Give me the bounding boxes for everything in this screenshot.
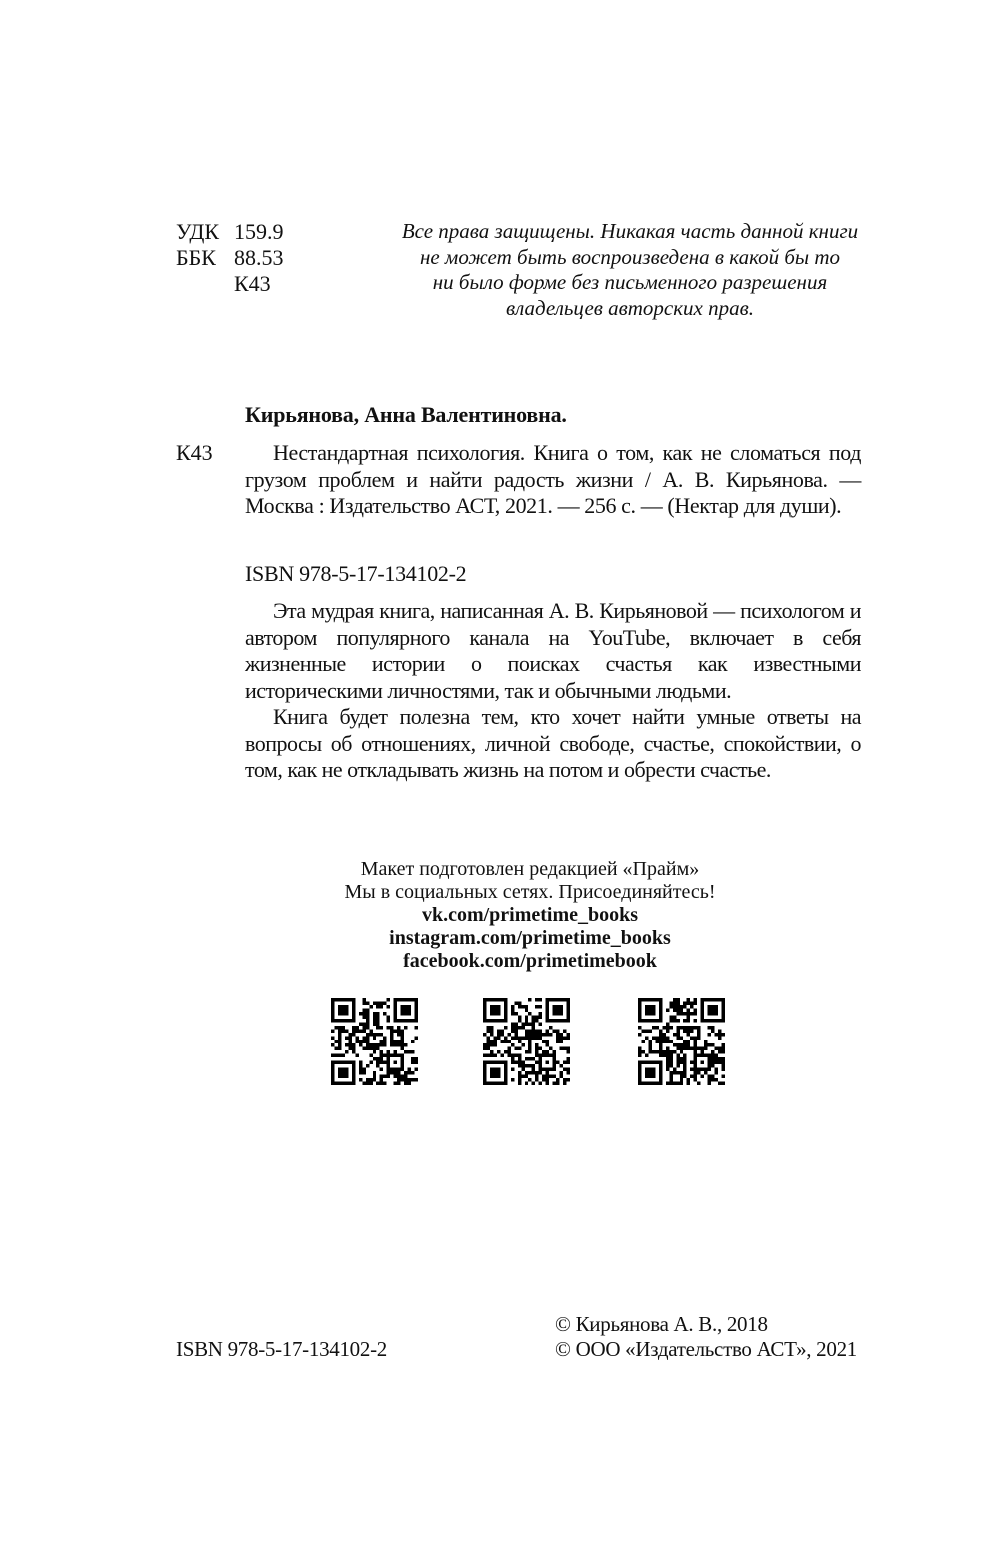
- qr-code-icon: [638, 998, 725, 1085]
- bbk-label: ББК: [176, 245, 234, 271]
- instagram-qr-code[interactable]: [483, 998, 570, 1085]
- author-mark: К43: [234, 271, 271, 297]
- udk-label: УДК: [176, 219, 234, 245]
- layout-note: Макет подготовлен редакцией «Прайм»: [290, 858, 770, 881]
- copyright-author: © Кирьянова А. В., 2018: [555, 1312, 857, 1337]
- author-heading: Кирьянова, Анна Валентиновна.: [245, 402, 567, 428]
- annotation-paragraph: Эта мудрая книга, написанная А. В. Кирья…: [245, 598, 861, 704]
- copyright-publisher: © ООО «Издательство АСТ», 2021: [555, 1337, 857, 1362]
- rights-line: ни было форме без письменного разрешения: [390, 270, 870, 296]
- bibliographic-description: Нестандартная психология. Книга о том, к…: [245, 440, 861, 520]
- udk-value: 159.9: [234, 219, 284, 245]
- rights-line: не может быть воспроизведена в какой бы …: [390, 245, 870, 271]
- rights-notice: Все права защищены. Никакая часть данной…: [390, 219, 870, 321]
- bbk-value: 88.53: [234, 245, 284, 271]
- classification-codes: УДК159.9 ББК88.53 К43: [176, 219, 284, 297]
- annotation: Эта мудрая книга, написанная А. В. Кирья…: [245, 598, 861, 784]
- vk-link[interactable]: vk.com/primetime_books: [290, 904, 770, 927]
- footer-isbn: ISBN 978-5-17-134102-2: [176, 1337, 387, 1362]
- facebook-link[interactable]: facebook.com/primetimebook: [290, 950, 770, 973]
- instagram-link[interactable]: instagram.com/primetime_books: [290, 927, 770, 950]
- publisher-info: Макет подготовлен редакцией «Прайм» Мы в…: [290, 858, 770, 973]
- facebook-qr-code[interactable]: [638, 998, 725, 1085]
- annotation-paragraph: Книга будет полезна тем, кто хочет найти…: [245, 704, 861, 784]
- social-prompt: Мы в социальных сетях. Присоединяйтесь!: [290, 881, 770, 904]
- qr-code-icon: [483, 998, 570, 1085]
- qr-code-icon: [331, 998, 418, 1085]
- record-isbn: ISBN 978-5-17-134102-2: [245, 561, 466, 587]
- rights-line: владельцев авторских прав.: [390, 296, 870, 322]
- vk-qr-code[interactable]: [331, 998, 418, 1085]
- record-author-mark: К43: [176, 440, 213, 466]
- rights-line: Все права защищены. Никакая часть данной…: [390, 219, 870, 245]
- copyright-block: © Кирьянова А. В., 2018 © ООО «Издательс…: [555, 1312, 857, 1362]
